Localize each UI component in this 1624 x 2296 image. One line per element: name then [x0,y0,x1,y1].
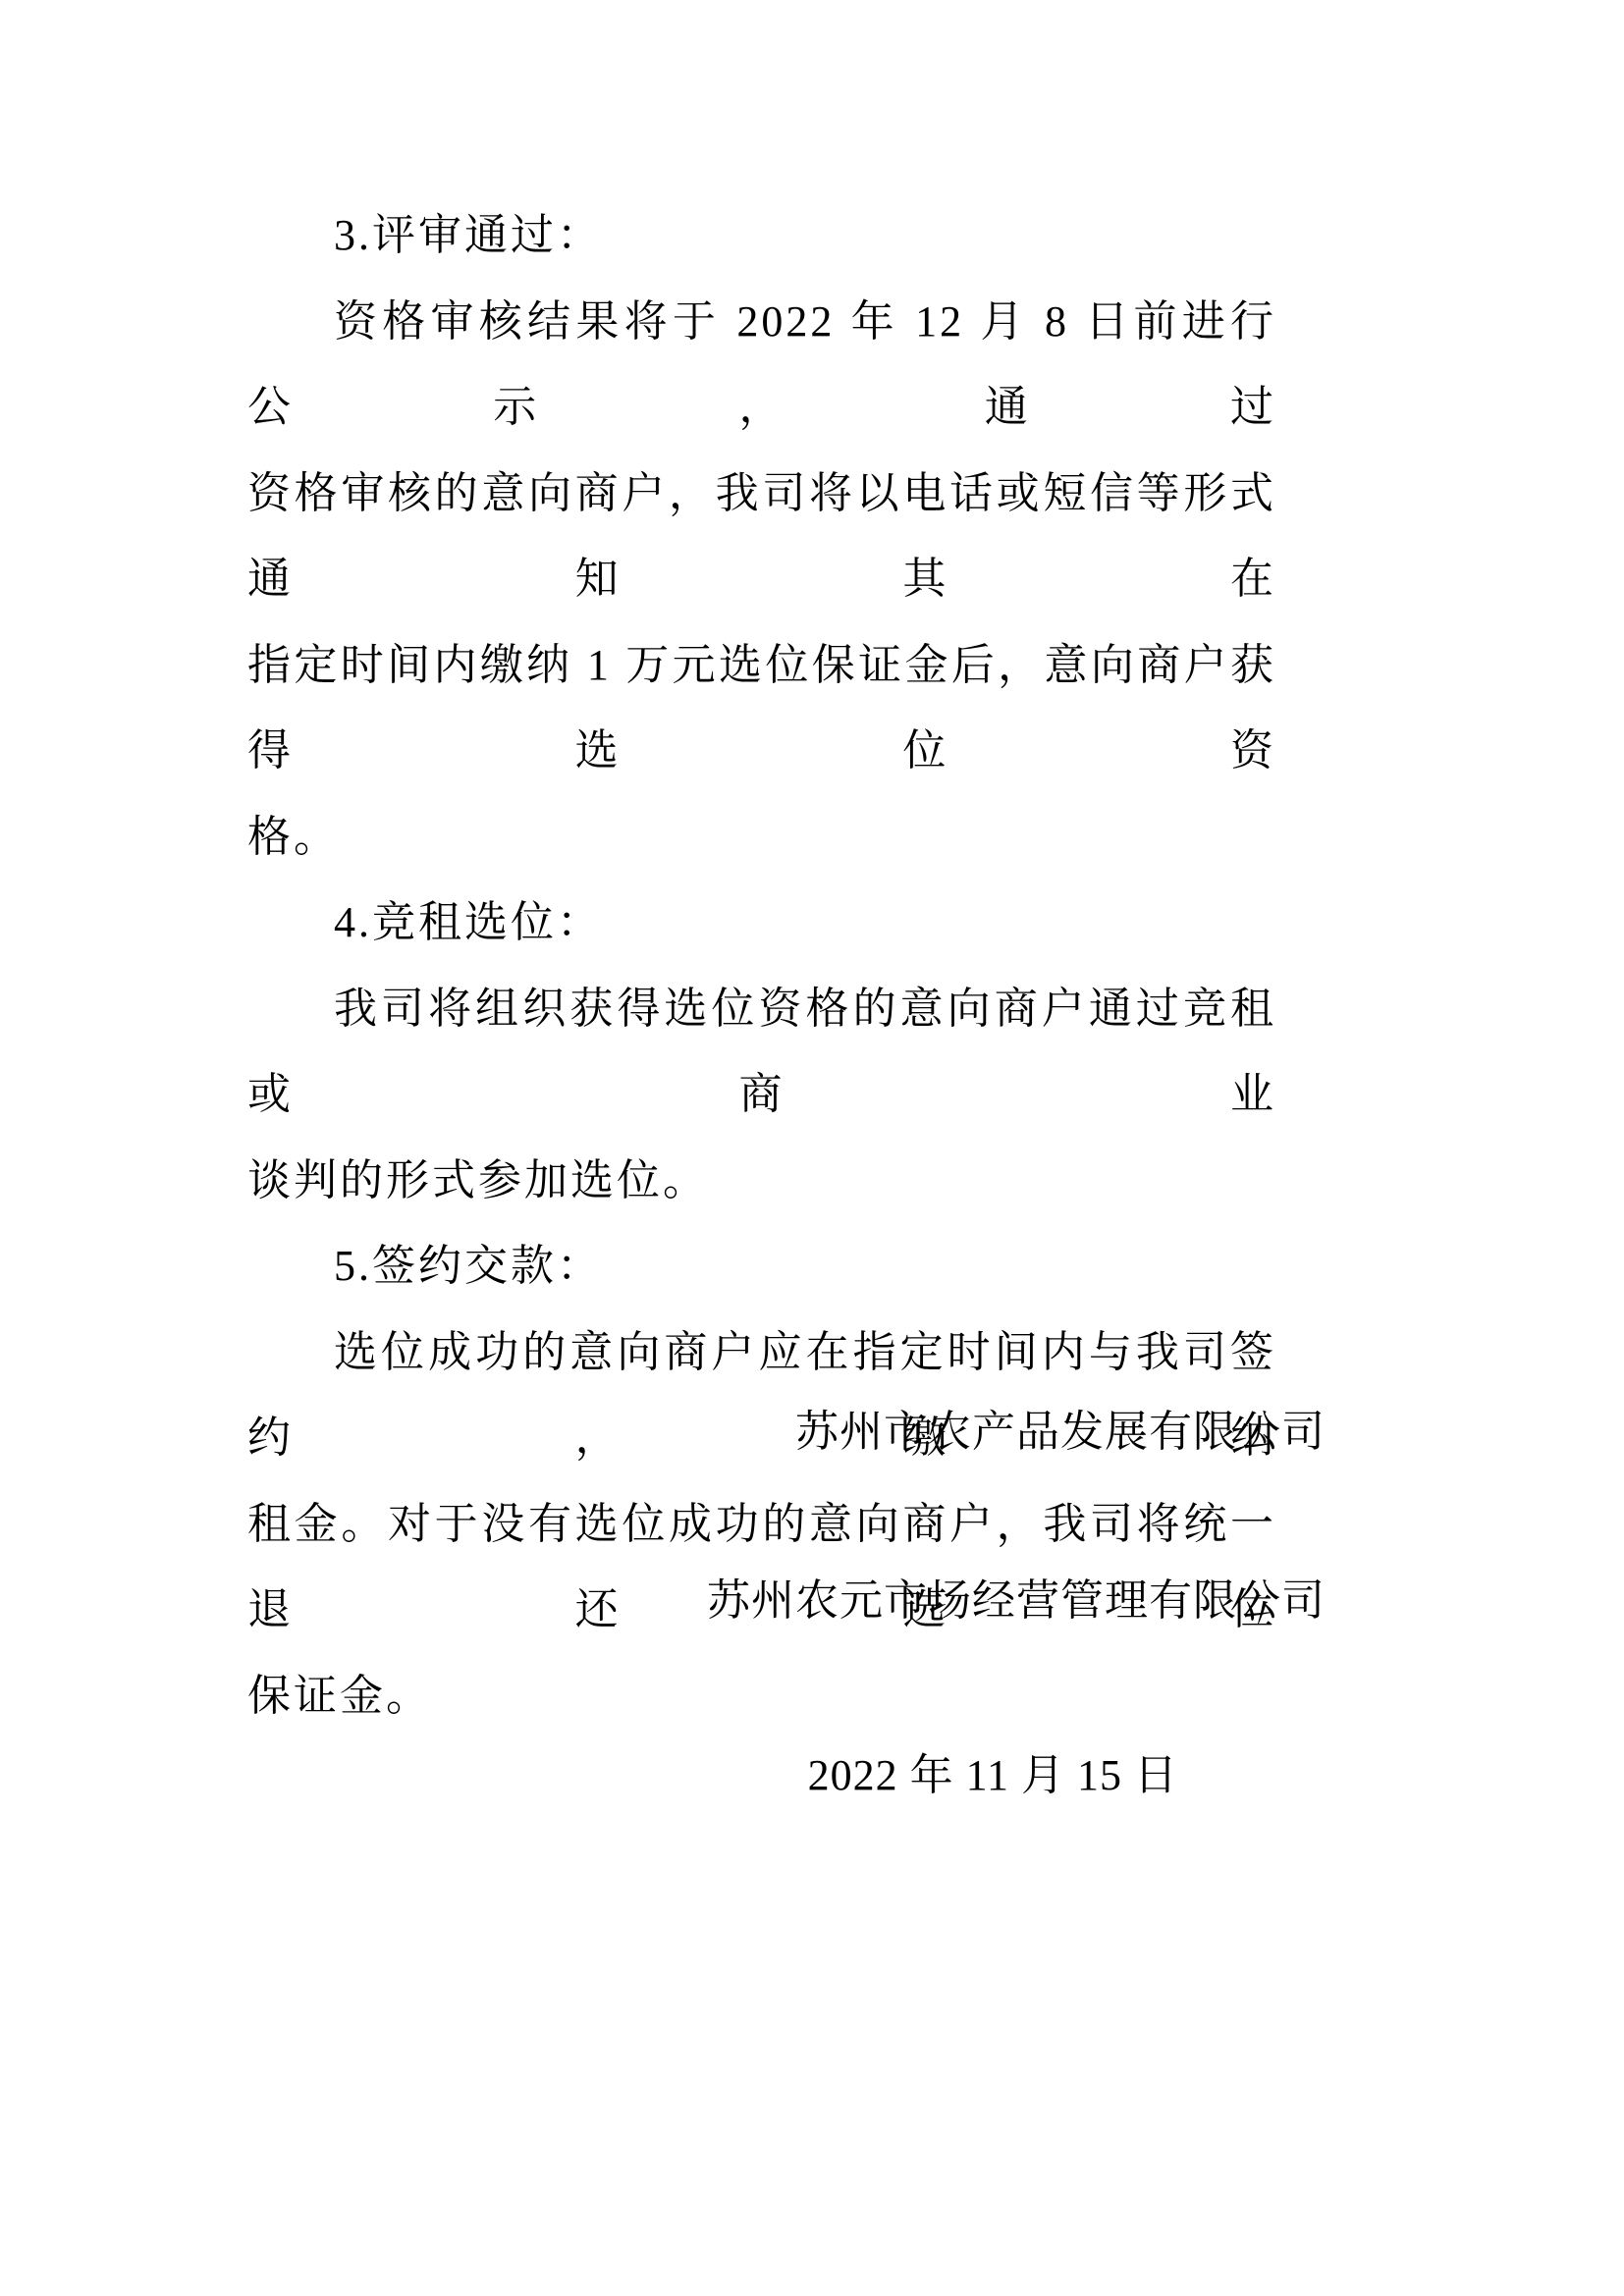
paragraph-sign-line-3: 保证金。 [247,1653,1276,1739]
paragraph-bid-line-1: 我司将组织获得选位资格的意向商户通过竞租或商业 [247,966,1276,1138]
section-heading-bid-selection: 4.竞租选位： [247,880,1276,966]
paragraph-sign-line-2: 租金。对于没有选位成功的意向商户，我司将统一退还选位 [247,1481,1276,1653]
document-page: 3.评审通过： 资格审核结果将于 2022 年 12 月 8 日前进行公示，通过… [0,0,1624,2296]
paragraph-review-line-4: 格。 [247,794,1276,881]
section-heading-review-pass: 3.评审通过： [247,192,1276,279]
paragraph-review-line-2: 资格审核的意向商户，我司将以电话或短信等形式通知其在 [247,451,1276,622]
document-body: 3.评审通过： 资格审核结果将于 2022 年 12 月 8 日前进行公示，通过… [247,192,1276,1738]
paragraph-review-line-3: 指定时间内缴纳 1 万元选位保证金后，意向商户获得选位资 [247,622,1276,794]
section-heading-sign-payment: 5.签约交款： [247,1223,1276,1309]
signature-company-1: 苏州市农产品发展有限公司 [795,1407,1326,1457]
signature-company-2: 苏州农元市场经营管理有限公司 [707,1575,1326,1626]
paragraph-bid-line-2: 谈判的形式参加选位。 [247,1138,1276,1224]
signature-date: 2022 年 11 月 15 日 [808,1750,1178,1800]
paragraph-review-line-1: 资格审核结果将于 2022 年 12 月 8 日前进行公示，通过 [247,279,1276,451]
